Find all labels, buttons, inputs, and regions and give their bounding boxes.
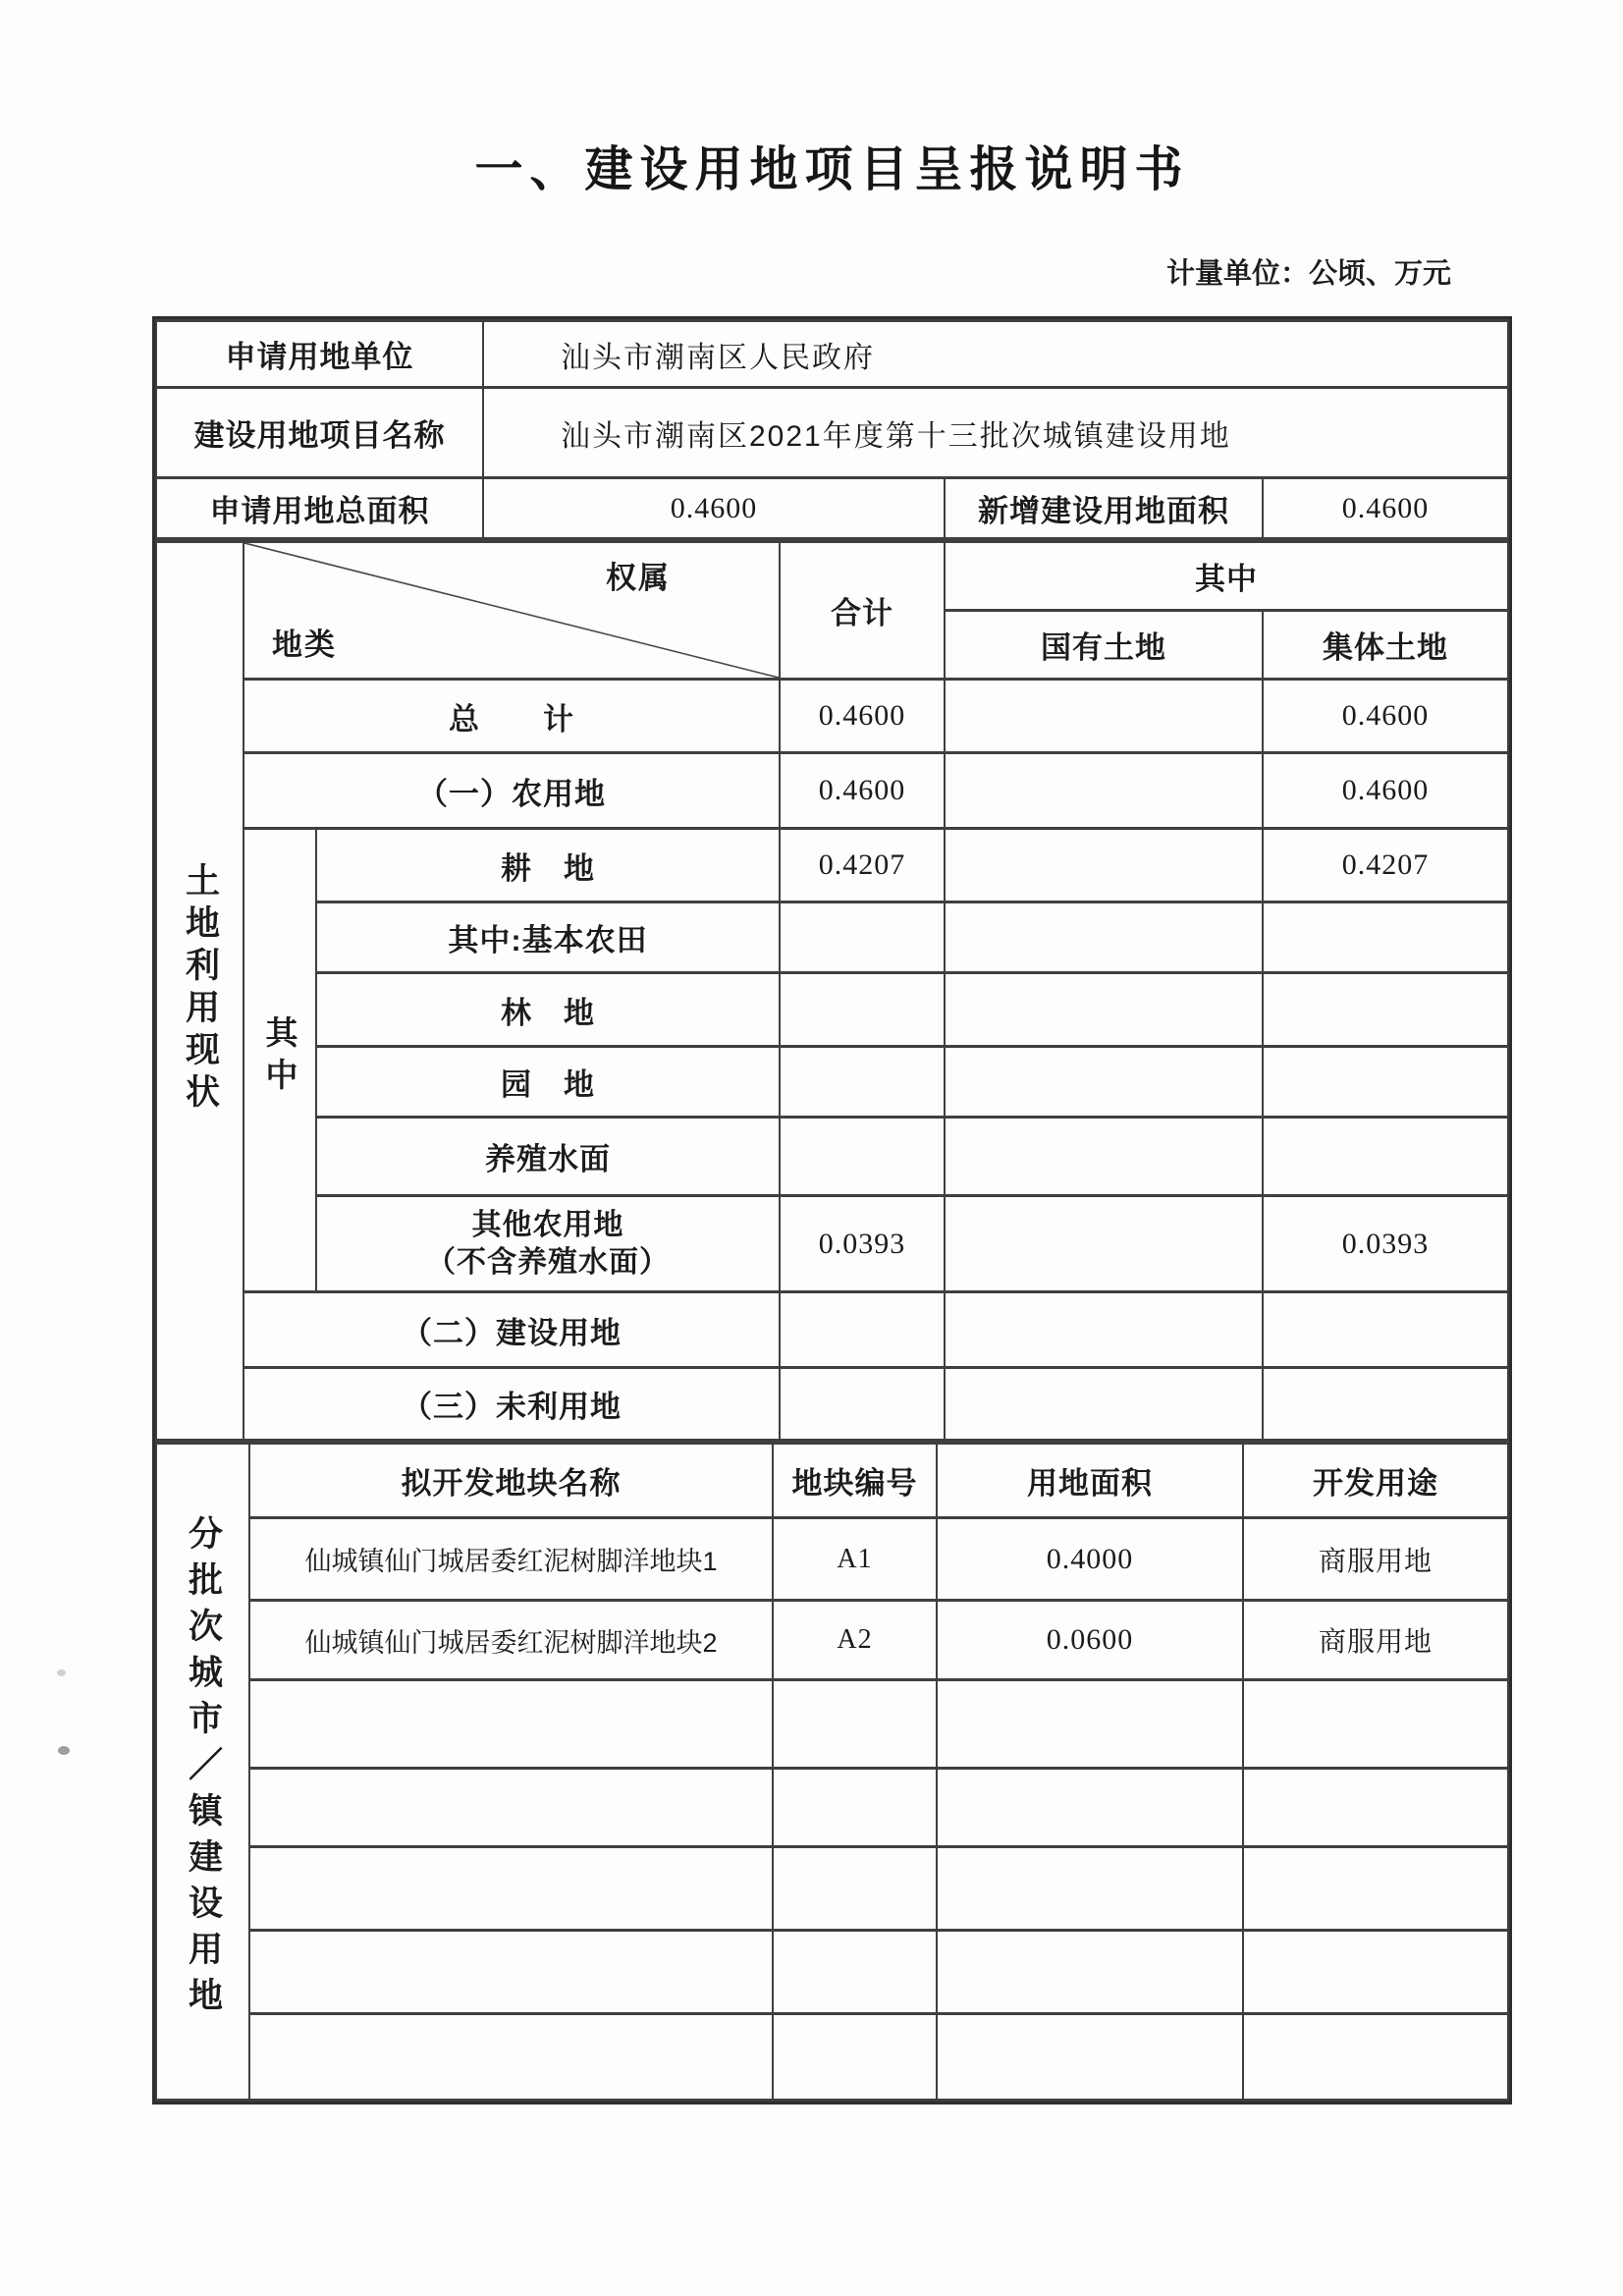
- empty-cell: [937, 2014, 1243, 2101]
- table-row: 分批次城市／镇建设用地 拟开发地块名称 地块编号 用地面积 开发用途: [156, 1444, 1508, 1518]
- parcel-area: 0.0600: [937, 1601, 1243, 1680]
- project-name-label: 建设用地项目名称: [156, 388, 483, 478]
- parcel-code: A1: [773, 1518, 937, 1601]
- empty-cell: [773, 2014, 937, 2101]
- empty-cell: [249, 2014, 773, 2101]
- value-state: [945, 902, 1263, 973]
- table-row: 园 地: [156, 1047, 1508, 1118]
- project-name-value: 汕头市潮南区2021年度第十三批次城镇建设用地: [483, 388, 1508, 478]
- table-row: 养殖水面: [156, 1118, 1508, 1196]
- value-state: [945, 680, 1263, 753]
- table-row: 土地利用现状 权属 地类 合计 其中: [156, 542, 1508, 611]
- value-total: [780, 973, 945, 1047]
- table-row: 其他农用地 （不含养殖水面） 0.0393 0.0393: [156, 1196, 1508, 1292]
- empty-cell: [937, 1931, 1243, 2014]
- unit-note: 计量单位：公顷、万元: [152, 251, 1512, 292]
- empty-cell: [937, 1680, 1243, 1769]
- parcel-row-empty: [156, 2014, 1508, 2101]
- col-header-state-land: 国有土地: [945, 611, 1263, 680]
- parcel-col-name: 拟开发地块名称: [249, 1444, 773, 1518]
- total-area-label: 申请用地总面积: [156, 478, 483, 539]
- value-collective: [1263, 1118, 1508, 1196]
- parcels-table: 分批次城市／镇建设用地 拟开发地块名称 地块编号 用地面积 开发用途 仙城镇仙门…: [155, 1442, 1509, 2102]
- parcel-use: 商服用地: [1243, 1601, 1508, 1680]
- row-label-aquaculture: 养殖水面: [316, 1118, 780, 1196]
- applicant-value: 汕头市潮南区人民政府: [483, 321, 1508, 388]
- document-page: 一、建设用地项目呈报说明书 计量单位：公顷、万元 申请用地单位 汕头市潮南区人民…: [0, 0, 1623, 2296]
- table-row: 其中 耕 地 0.4207 0.4207: [156, 829, 1508, 902]
- empty-cell: [249, 1847, 773, 1931]
- parcel-row-empty: [156, 1680, 1508, 1769]
- empty-cell: [1243, 1931, 1508, 2014]
- empty-cell: [1243, 2014, 1508, 2101]
- among-label-cell: 其中: [243, 829, 316, 1292]
- parcel-col-code: 地块编号: [773, 1444, 937, 1518]
- info-table: 申请用地单位 汕头市潮南区人民政府 建设用地项目名称 汕头市潮南区2021年度第…: [155, 319, 1509, 540]
- empty-cell: [937, 1769, 1243, 1847]
- row-label-unused: （三）未利用地: [243, 1368, 780, 1441]
- value-state: [945, 1118, 1263, 1196]
- parcel-row-empty: [156, 1847, 1508, 1931]
- col-header-total: 合计: [780, 542, 945, 680]
- table-row: 申请用地总面积 0.4600 新增建设用地面积 0.4600: [156, 478, 1508, 539]
- empty-cell: [773, 1931, 937, 2014]
- row-label-agricultural: （一）农用地: [243, 753, 780, 829]
- value-collective: 0.4600: [1263, 680, 1508, 753]
- empty-cell: [249, 1769, 773, 1847]
- empty-cell: [1243, 1680, 1508, 1769]
- parcels-section-label-cell: 分批次城市／镇建设用地: [156, 1444, 249, 2101]
- land-use-table: 土地利用现状 权属 地类 合计 其中 国有土地 集体土地 总 计 0.4600: [155, 540, 1509, 1442]
- value-collective: [1263, 902, 1508, 973]
- parcel-use: 商服用地: [1243, 1518, 1508, 1601]
- table-row: 其中:基本农田: [156, 902, 1508, 973]
- value-total: [780, 902, 945, 973]
- value-collective: [1263, 1047, 1508, 1118]
- table-row: 总 计 0.4600 0.4600: [156, 680, 1508, 753]
- value-state: [945, 1196, 1263, 1292]
- value-collective: [1263, 1292, 1508, 1368]
- page-title: 一、建设用地项目呈报说明书: [152, 132, 1512, 200]
- value-total: [780, 1118, 945, 1196]
- total-area-value: 0.4600: [483, 478, 945, 539]
- main-table: 申请用地单位 汕头市潮南区人民政府 建设用地项目名称 汕头市潮南区2021年度第…: [152, 316, 1512, 2105]
- value-collective: 0.4600: [1263, 753, 1508, 829]
- row-label-construction: （二）建设用地: [243, 1292, 780, 1368]
- empty-cell: [1243, 1769, 1508, 1847]
- empty-cell: [773, 1769, 937, 1847]
- empty-cell: [937, 1847, 1243, 1931]
- empty-cell: [1243, 1847, 1508, 1931]
- scan-speck: [57, 1669, 66, 1676]
- value-total: [780, 1047, 945, 1118]
- value-state: [945, 829, 1263, 902]
- scan-speck: [58, 1746, 70, 1755]
- row-label-grand-total: 总 计: [243, 680, 780, 753]
- parcel-name: 仙城镇仙门城居委红泥树脚洋地块1: [249, 1518, 773, 1601]
- parcel-code: A2: [773, 1601, 937, 1680]
- land-use-section-label-cell: 土地利用现状: [156, 542, 243, 1441]
- value-state: [945, 973, 1263, 1047]
- value-collective: [1263, 1368, 1508, 1441]
- empty-cell: [773, 1847, 937, 1931]
- value-collective: [1263, 973, 1508, 1047]
- row-label-garden: 园 地: [316, 1047, 780, 1118]
- value-total: 0.0393: [780, 1196, 945, 1292]
- diagonal-ownership-label: 权属: [606, 553, 671, 597]
- table-row: （三）未利用地: [156, 1368, 1508, 1441]
- empty-cell: [249, 1931, 773, 2014]
- row-label-other-agricultural: 其他农用地 （不含养殖水面）: [316, 1196, 780, 1292]
- table-row: 申请用地单位 汕头市潮南区人民政府: [156, 321, 1508, 388]
- empty-cell: [773, 1680, 937, 1769]
- parcel-col-area: 用地面积: [937, 1444, 1243, 1518]
- value-total: 0.4600: [780, 680, 945, 753]
- parcel-row: 仙城镇仙门城居委红泥树脚洋地块1 A1 0.4000 商服用地: [156, 1518, 1508, 1601]
- parcel-area: 0.4000: [937, 1518, 1243, 1601]
- diagonal-landtype-label: 地类: [272, 620, 337, 664]
- row-label-basic-farmland: 其中:基本农田: [316, 902, 780, 973]
- table-row: 林 地: [156, 973, 1508, 1047]
- table-row: （一）农用地 0.4600 0.4600: [156, 753, 1508, 829]
- value-total: [780, 1292, 945, 1368]
- value-collective: 0.0393: [1263, 1196, 1508, 1292]
- among-vertical-label: 其中: [257, 1015, 303, 1100]
- empty-cell: [249, 1680, 773, 1769]
- value-collective: 0.4207: [1263, 829, 1508, 902]
- new-area-label: 新增建设用地面积: [945, 478, 1263, 539]
- table-row: （二）建设用地: [156, 1292, 1508, 1368]
- col-header-among: 其中: [945, 542, 1508, 611]
- parcel-row-empty: [156, 1931, 1508, 2014]
- table-row: 建设用地项目名称 汕头市潮南区2021年度第十三批次城镇建设用地: [156, 388, 1508, 478]
- col-header-collective-land: 集体土地: [1263, 611, 1508, 680]
- parcel-name: 仙城镇仙门城居委红泥树脚洋地块2: [249, 1601, 773, 1680]
- new-area-value: 0.4600: [1263, 478, 1508, 539]
- value-state: [945, 753, 1263, 829]
- land-use-section-label: 土地利用现状: [176, 862, 225, 1116]
- value-state: [945, 1292, 1263, 1368]
- row-label-cultivated: 耕 地: [316, 829, 780, 902]
- parcel-row-empty: [156, 1769, 1508, 1847]
- parcel-col-use: 开发用途: [1243, 1444, 1508, 1518]
- value-total: 0.4207: [780, 829, 945, 902]
- value-state: [945, 1047, 1263, 1118]
- diagonal-header-cell: 权属 地类: [243, 542, 780, 680]
- row-label-forest: 林 地: [316, 973, 780, 1047]
- parcels-section-label: 分批次城市／镇建设用地: [179, 1515, 228, 2023]
- parcel-row: 仙城镇仙门城居委红泥树脚洋地块2 A2 0.0600 商服用地: [156, 1601, 1508, 1680]
- value-total: 0.4600: [780, 753, 945, 829]
- applicant-label: 申请用地单位: [156, 321, 483, 388]
- value-state: [945, 1368, 1263, 1441]
- value-total: [780, 1368, 945, 1441]
